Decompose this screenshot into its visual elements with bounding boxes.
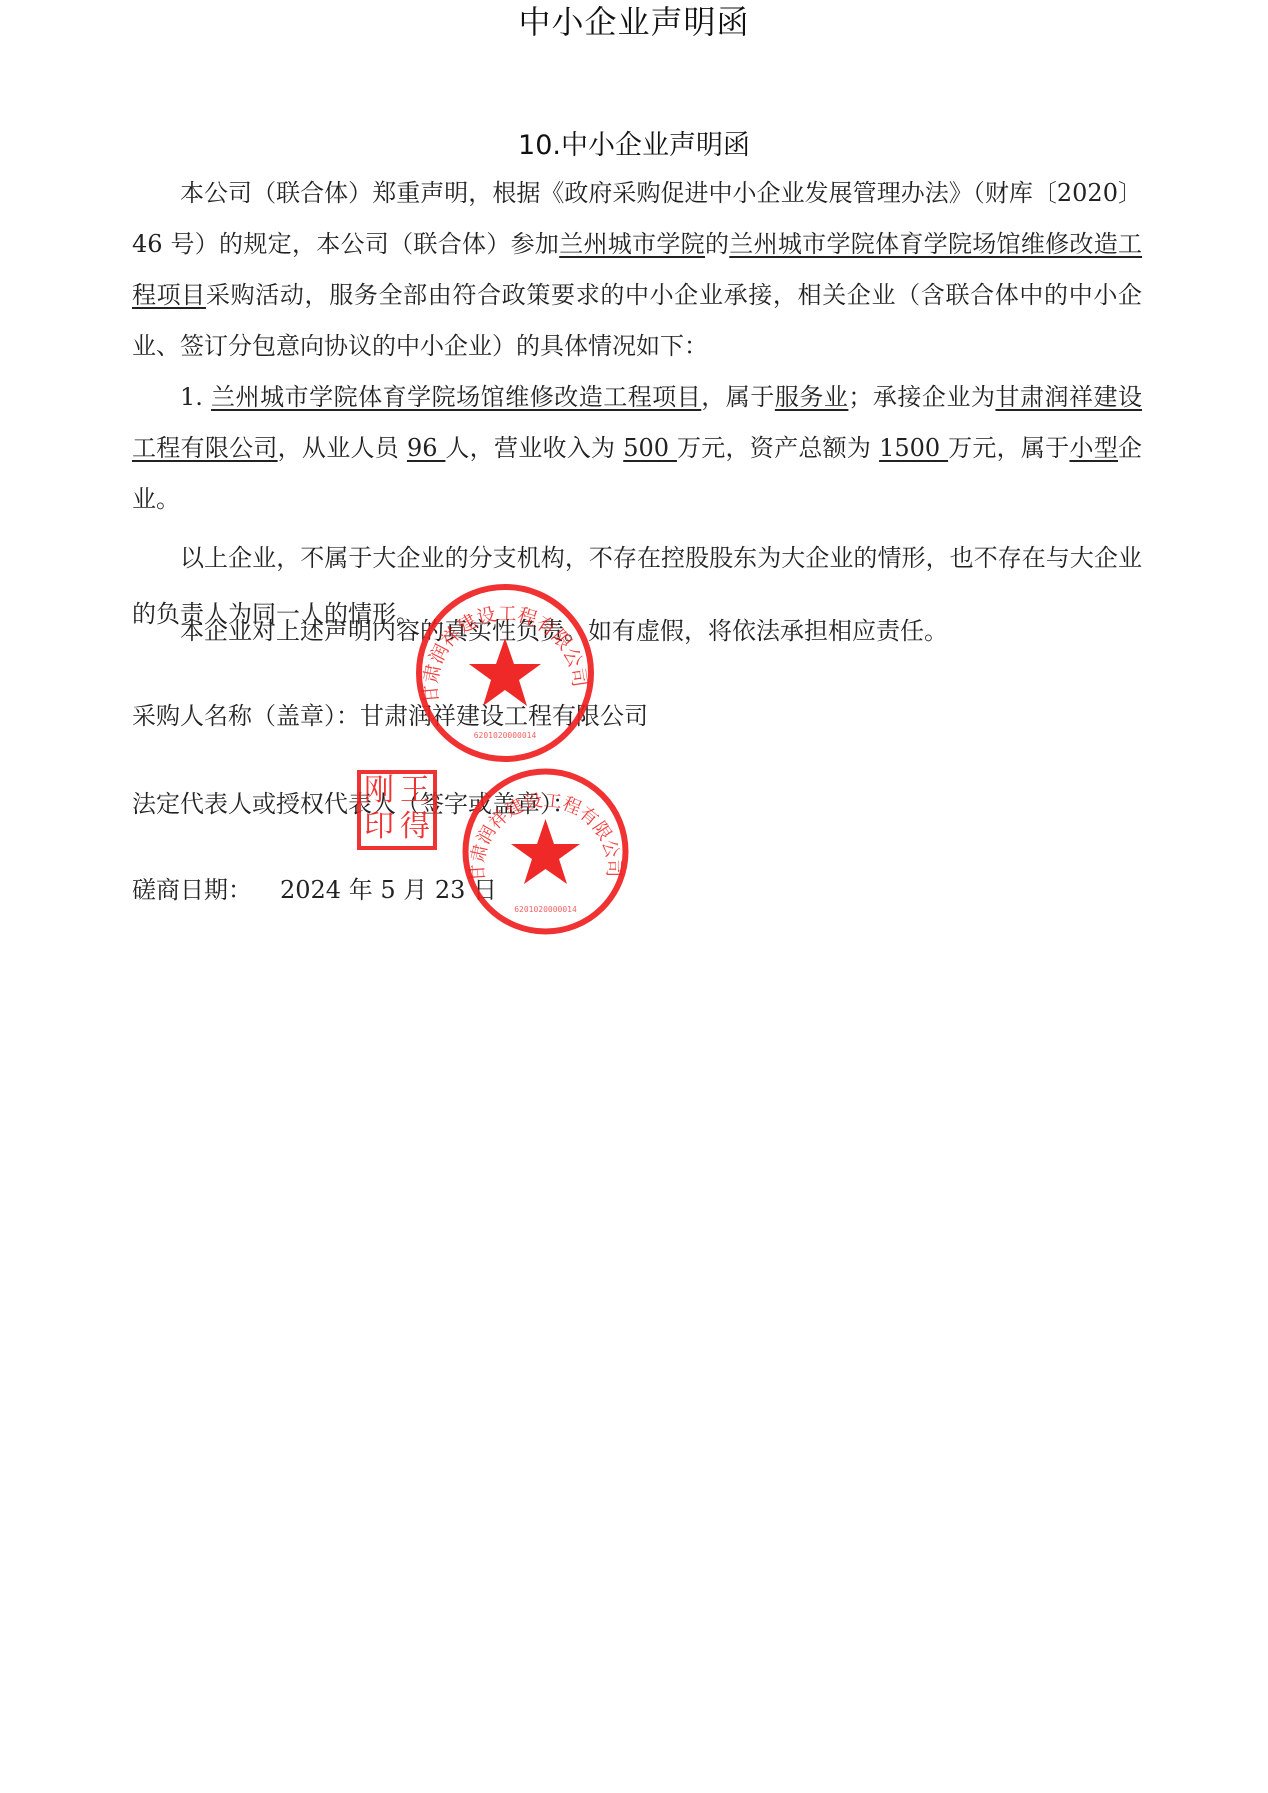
assets: 1500 <box>879 434 948 462</box>
revenue: 500 <box>623 434 677 462</box>
svg-text:6201020000014: 6201020000014 <box>474 731 537 740</box>
employees: 96 <box>407 434 445 462</box>
svg-text:6201020000014: 6201020000014 <box>514 905 577 914</box>
declaration-paragraph: 本公司（联合体）郑重声明，根据《政府采购促进中小企业发展管理办法》（财库〔202… <box>132 168 1142 372</box>
enterprise-size: 小型 <box>1069 434 1118 462</box>
enterprise-item-1: 1. 兰州城市学院体育学院场馆维修改造工程项目，属于服务业；承接企业为甘肃润祥建… <box>132 372 1142 525</box>
date-value: 2024 年 5 月 23 日 <box>280 876 497 904</box>
section-title: 10.中小企业声明函 <box>0 128 1268 164</box>
date-line: 磋商日期：2024 年 5 月 23 日 <box>132 875 497 905</box>
purchaser-signature-name: 甘肃润祥建设工程有限公司 <box>360 702 648 730</box>
purchaser-signature-line: 采购人名称（盖章）：甘肃润祥建设工程有限公司 <box>132 701 648 731</box>
star-icon <box>511 819 580 884</box>
representative-signature-line: 法定代表人或授权代表人（签字或盖章）： <box>132 789 576 819</box>
star-icon <box>469 638 541 706</box>
purchaser-name: 兰州城市学院 <box>559 230 705 258</box>
responsibility-paragraph: 本企业对上述声明内容的真实性负责。如有虚假，将依法承担相应责任。 <box>132 616 1142 646</box>
item-project: 兰州城市学院体育学院场馆维修改造工程项目 <box>211 383 701 411</box>
industry: 服务业 <box>775 383 849 411</box>
page-title: 中小企业声明函 <box>0 2 1268 42</box>
